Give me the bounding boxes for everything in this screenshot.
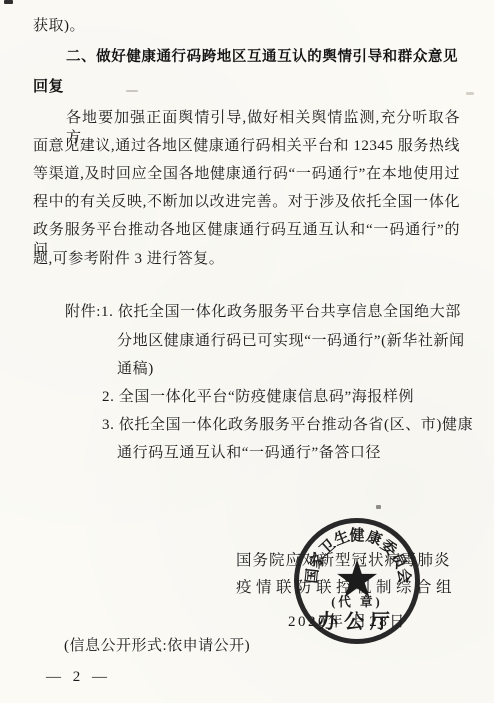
attachment-line: 通行码互通互认和“一码通行”备答口径 bbox=[117, 441, 381, 462]
section-heading-line1: 二、做好健康通行码跨地区互通互认的舆情引导和群众意见 bbox=[66, 47, 458, 67]
attachment-line: 附件:1. 依托全国一体化政务服务平台共享信息全国绝大部 bbox=[65, 300, 461, 321]
attachment-line: 3. 依托全国一体化政务服务平台推动各省(区、市)健康 bbox=[102, 413, 473, 434]
section-heading-line2: 回复 bbox=[33, 77, 64, 97]
seal-bottom-text: 办公厅 bbox=[294, 605, 420, 634]
scanned-document-page: 获取)。 二、做好健康通行码跨地区互通互认的舆情引导和群众意见 回复 各地要加强… bbox=[0, 0, 494, 703]
attachment-line: 2. 全国一体化平台“防疫健康信息码”海报样例 bbox=[102, 385, 414, 406]
attachment-line: 分地区健康通行码已可实现“一码通行”(新华社新闻 bbox=[117, 329, 465, 350]
scan-speck bbox=[376, 505, 381, 509]
previous-paragraph-tail: 获取)。 bbox=[33, 16, 85, 36]
body-line: 程中的有关反映,不断加以改进完善。对于涉及依托全国一体化 bbox=[33, 192, 460, 212]
official-seal: 国 家 卫 生 健 康 委 员 会 ★ (代 章) 办公厅 bbox=[294, 518, 420, 644]
body-line: 等渠道,及时回应全国各地健康通行码“一码通行”在本地使用过 bbox=[33, 164, 460, 184]
attachment-line: 通稿) bbox=[117, 357, 154, 378]
scan-speck bbox=[126, 90, 138, 92]
seal-arc-char: 会 bbox=[394, 567, 412, 585]
body-line: 题,可参考附件 3 进行答复。 bbox=[33, 249, 224, 269]
page-number: — 2 — bbox=[46, 667, 111, 687]
seal-arc-char: 健 bbox=[349, 528, 365, 544]
scan-speck bbox=[4, 0, 13, 4]
body-line: 面意见建议,通过各地区健康通行码相关平台和 12345 服务热线 bbox=[33, 136, 460, 156]
scan-speck bbox=[466, 92, 474, 95]
info-disclosure-note: (信息公开形式:依申请公开) bbox=[64, 636, 250, 656]
